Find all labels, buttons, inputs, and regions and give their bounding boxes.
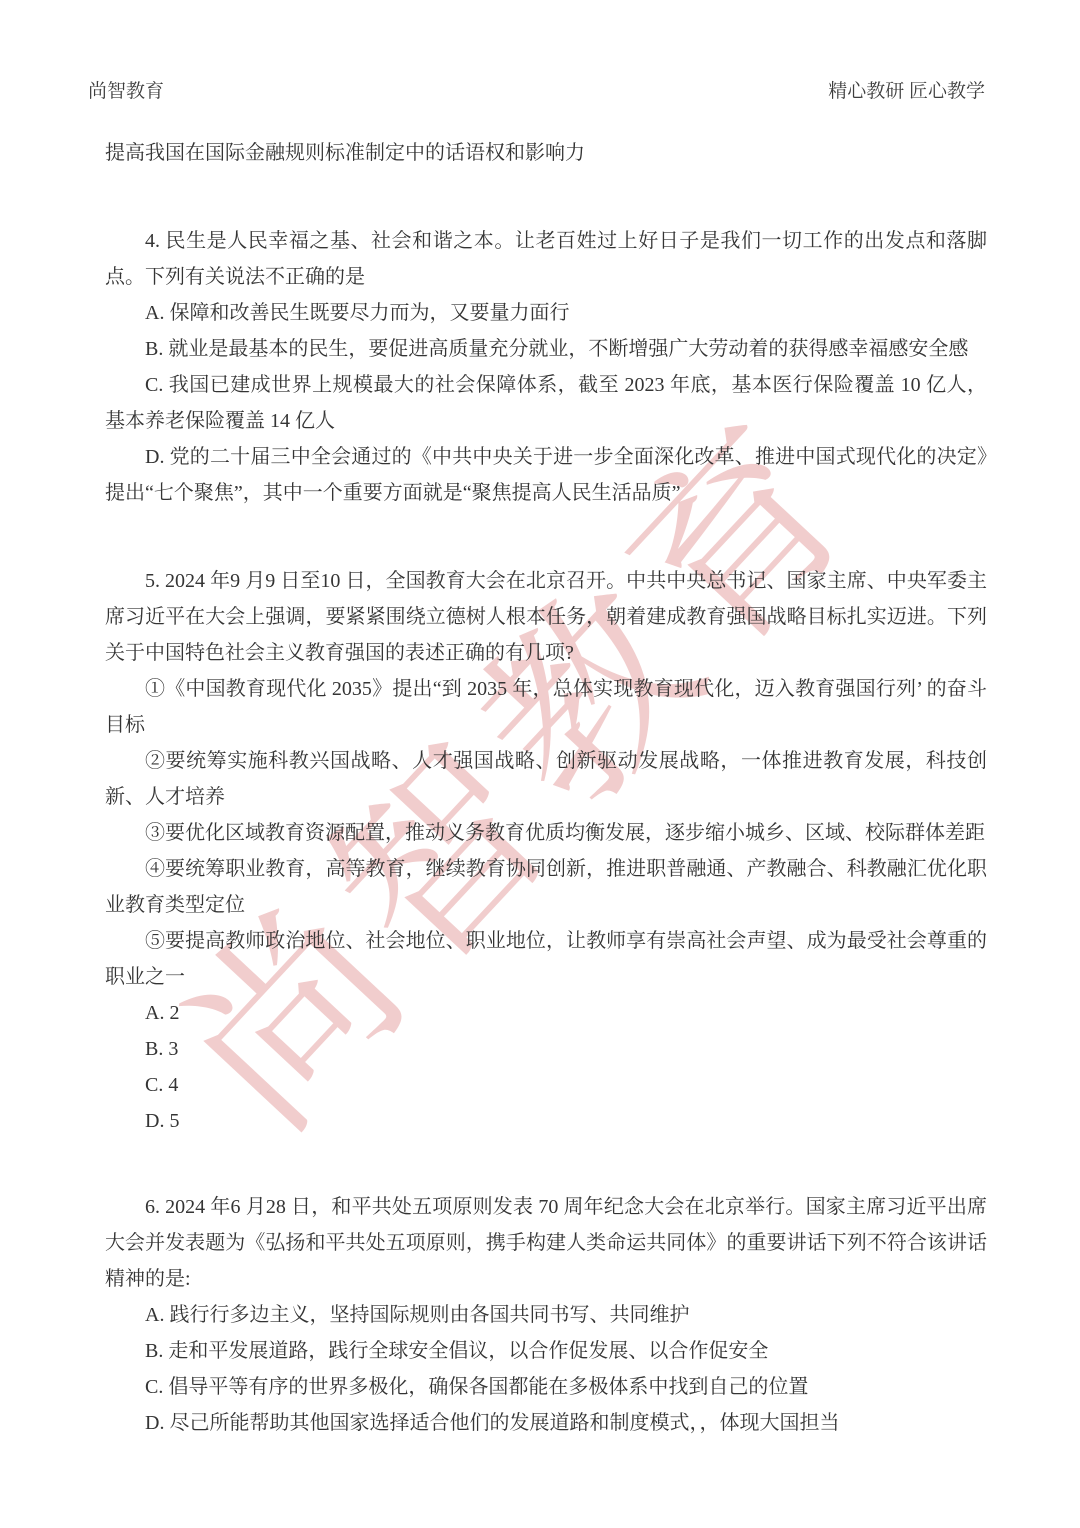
question-5-option-b: B. 3 [105,1031,987,1067]
question-5-option-d: D. 5 [105,1103,987,1139]
question-6: 6. 2024 年6 月28 日，和平共处五项原则发表 70 周年纪念大会在北京… [105,1189,987,1441]
page-header: 尚智教育 精心教研 匠心教学 [88,76,985,103]
document-page: 尚智教育 尚智教育 精心教研 匠心教学 提高我国在国际金融规则标准制定中的话语权… [0,0,1080,1528]
question-4-option-a: A. 保障和改善民生既要尽力而为，又要量力面行 [105,295,987,331]
question-5-stem: 5. 2024 年9 月9 日至10 日，全国教育大会在北京召开。中共中央总书记… [105,563,987,671]
question-6-option-d: D. 尽己所能帮助其他国家选择适合他们的发展道路和制度模式，，体现大国担当 [105,1405,987,1441]
question-5-item-4: ④要统筹职业教育，高等教育，继续教育协同创新，推进职普融通、产教融合、科教融汇优… [105,851,987,923]
question-4-option-b: B. 就业是最基本的民生，要促进高质量充分就业，不断增强广大劳动着的获得感幸福感… [105,331,987,367]
question-5: 5. 2024 年9 月9 日至10 日，全国教育大会在北京召开。中共中央总书记… [105,563,987,1139]
header-slogan: 精心教研 匠心教学 [828,76,985,103]
header-brand: 尚智教育 [88,76,164,103]
question-5-option-a: A. 2 [105,995,987,1031]
question-5-item-2: ②要统筹实施科教兴国战略、人才强国战略、创新驱动发展战略，一体推进教育发展，科技… [105,743,987,815]
question-4-option-c: C. 我国已建成世界上规模最大的社会保障体系，截至 2023 年底，基本医行保险… [105,367,987,439]
question-4: 4. 民生是人民幸福之基、社会和谐之本。让老百姓过上好日子是我们一切工作的出发点… [105,223,987,511]
question-6-stem: 6. 2024 年6 月28 日，和平共处五项原则发表 70 周年纪念大会在北京… [105,1189,987,1297]
question-5-option-c: C. 4 [105,1067,987,1103]
question-6-option-c: C. 倡导平等有序的世界多极化，确保各国都能在多极体系中找到自己的位置 [105,1369,987,1405]
question-5-item-3: ③要优化区域教育资源配置，推动义务教育优质均衡发展，逐步缩小城乡、区域、校际群体… [105,815,987,851]
question-6-option-b: B. 走和平发展道路，践行全球安全倡议，以合作促发展、以合作促安全 [105,1333,987,1369]
intro-line: 提高我国在国际金融规则标准制定中的话语权和影响力 [105,135,987,171]
question-5-item-5: ⑤要提高教师政治地位、社会地位、职业地位，让教师享有崇高社会声望、成为最受社会尊… [105,923,987,995]
question-4-option-d: D. 党的二十届三中全会通过的《中共中央关于进一步全面深化改革、推进中国式现代化… [105,439,987,511]
question-6-option-a: A. 践行行多边主义，坚持国际规则由各国共同书写、共同维护 [105,1297,987,1333]
document-content: 提高我国在国际金融规则标准制定中的话语权和影响力 4. 民生是人民幸福之基、社会… [105,135,987,1441]
question-4-stem: 4. 民生是人民幸福之基、社会和谐之本。让老百姓过上好日子是我们一切工作的出发点… [105,223,987,295]
question-5-item-1: ①《中国教育现代化 2035》提出“到 2035 年，总体实现教育现代化，迈入教… [105,671,987,743]
